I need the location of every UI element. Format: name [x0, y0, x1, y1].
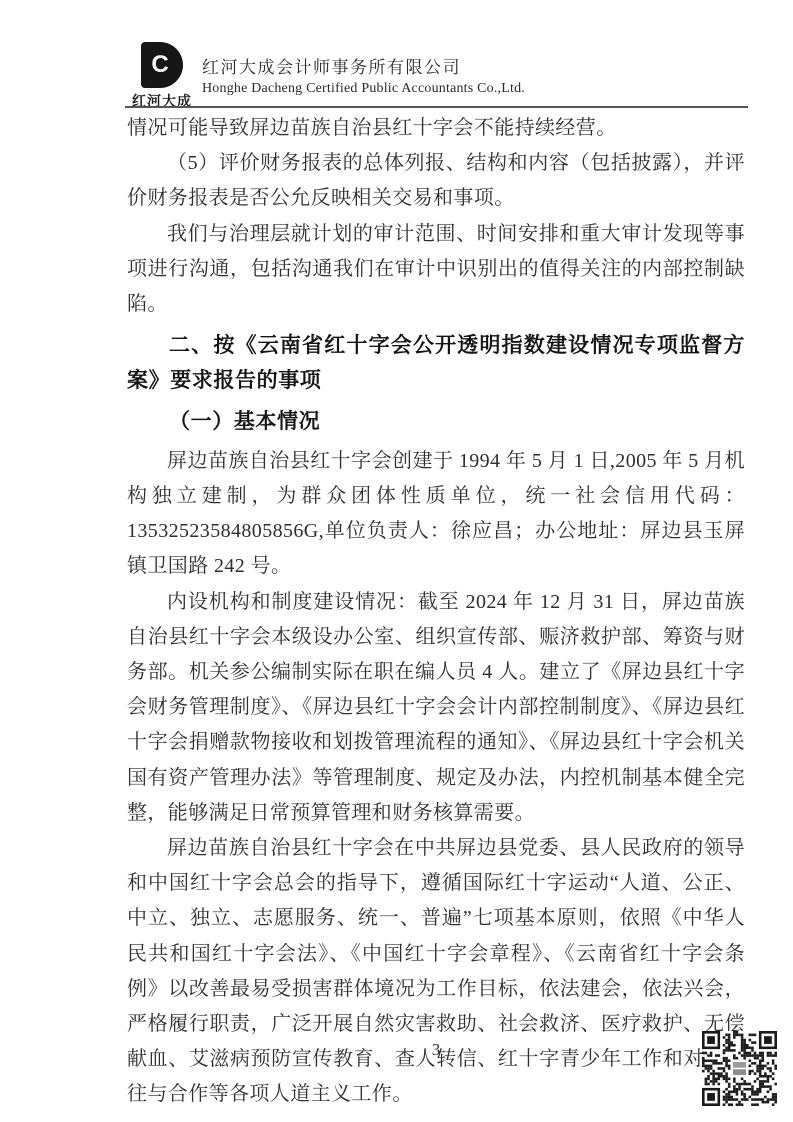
qr-pattern	[702, 1031, 777, 1106]
logo-letter: C	[151, 53, 168, 77]
logo-caption: 红河大成	[132, 91, 192, 111]
paragraph-founding: 屏边苗族自治县红十字会创建于 1994 年 5 月 1 日,2005 年 5 月…	[127, 444, 745, 585]
company-name-cn: 红河大成会计师事务所有限公司	[202, 53, 525, 78]
letterhead: C 红河大成 红河大成会计师事务所有限公司 Honghe Dacheng Cer…	[130, 42, 748, 111]
company-names: 红河大成会计师事务所有限公司 Honghe Dacheng Certified …	[202, 42, 525, 97]
section-heading-2: 二、按《云南省红十字会公开透明指数建设情况专项监督方案》要求报告的事项	[127, 328, 745, 398]
paragraph-item5: （5）评价财务报表的总体列报、结构和内容（包括披露），并评价财务报表是否公允反映…	[127, 146, 745, 216]
paragraph-mission: 屏边苗族自治县红十字会在中共屏边县党委、县人民政府的领导和中国红十字会总会的指导…	[127, 831, 745, 1113]
company-name-en: Honghe Dacheng Certified Public Accounta…	[202, 81, 525, 97]
qr-code	[702, 1031, 777, 1106]
paragraph-internal-org: 内设机构和制度建设情况：截至 2024 年 12 月 31 日，屏边苗族自治县红…	[127, 585, 745, 831]
logo-d-icon: C	[141, 42, 183, 88]
document-page: C 红河大成 红河大成会计师事务所有限公司 Honghe Dacheng Cer…	[0, 0, 793, 1122]
document-body: 情况可能导致屏边苗族自治县红十字会不能持续经营。 （5）评价财务报表的总体列报、…	[127, 111, 745, 1113]
company-logo: C 红河大成	[130, 42, 194, 111]
header-divider	[125, 106, 748, 108]
paragraph-governance: 我们与治理层就计划的审计范围、时间安排和重大审计发现等事项进行沟通，包括沟通我们…	[127, 217, 745, 323]
paragraph-continued: 情况可能导致屏边苗族自治县红十字会不能持续经营。	[127, 111, 745, 146]
subsection-heading-basic: （一）基本情况	[127, 404, 745, 439]
page-number: 3	[127, 1040, 745, 1060]
